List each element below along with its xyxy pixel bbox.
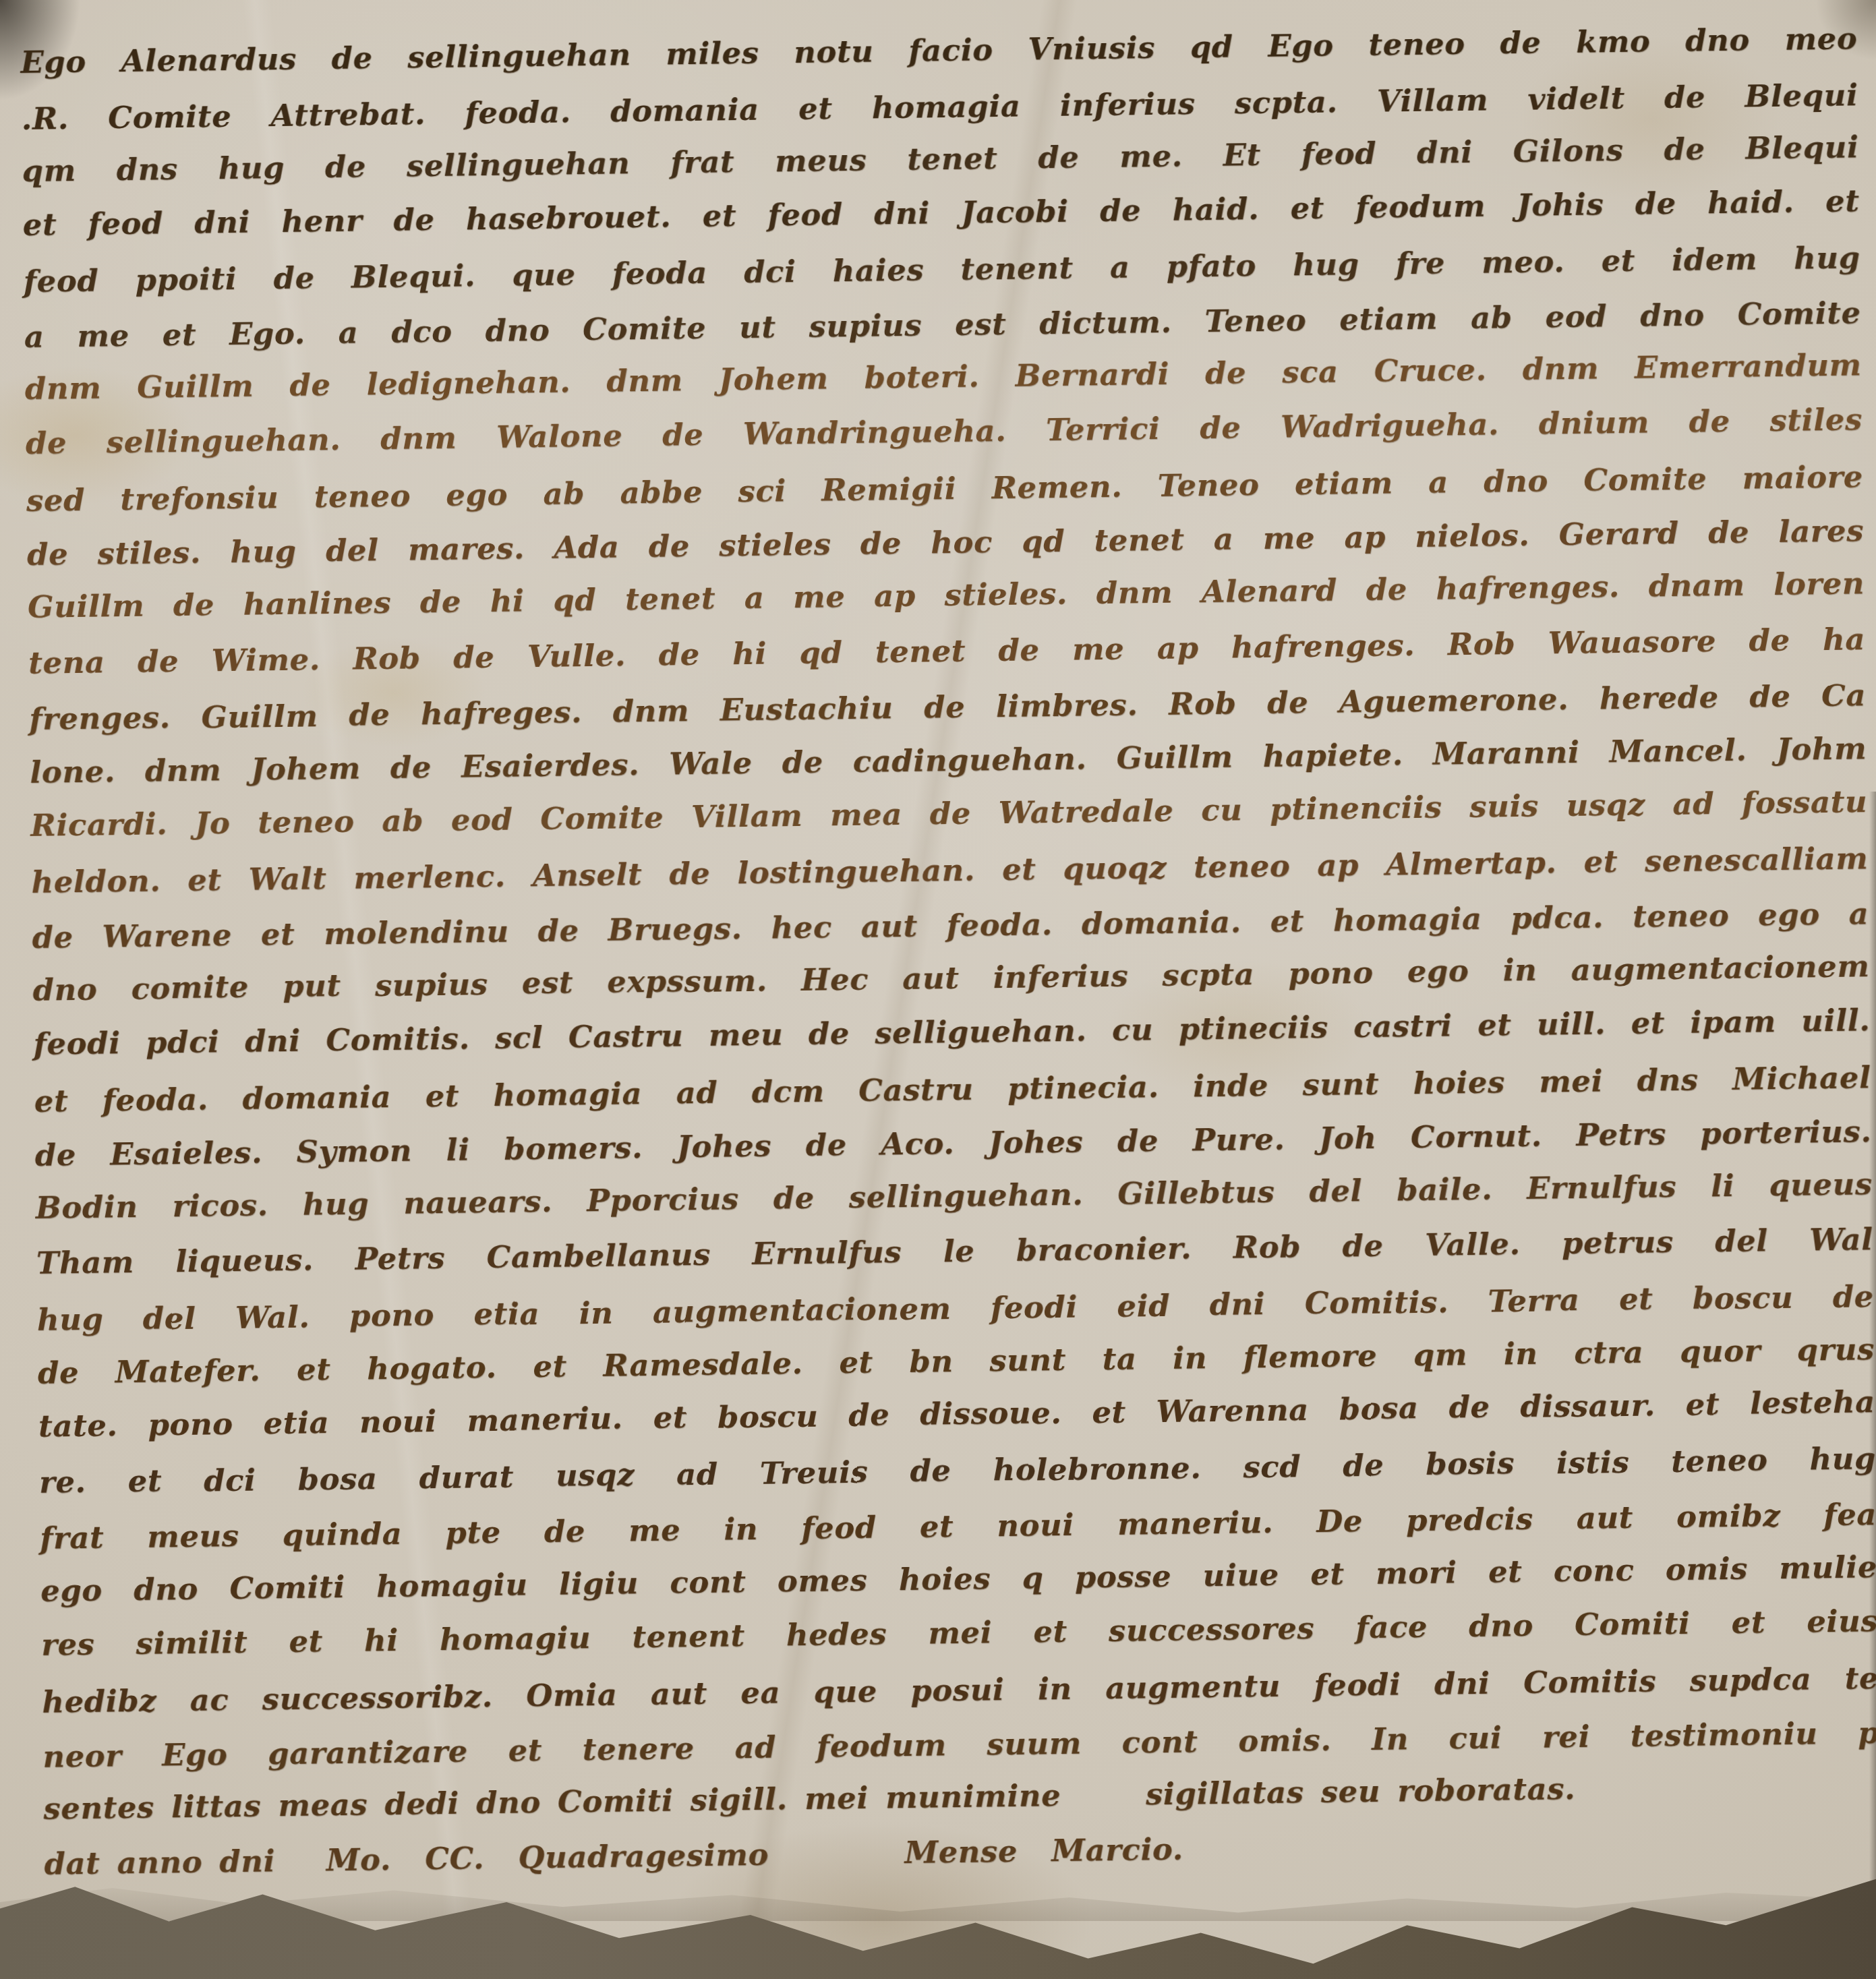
- charter-text: Ego Alenardus de sellinguehan miles notu…: [20, 11, 1876, 1891]
- manuscript-photo: Ego Alenardus de sellinguehan miles notu…: [0, 0, 1876, 1979]
